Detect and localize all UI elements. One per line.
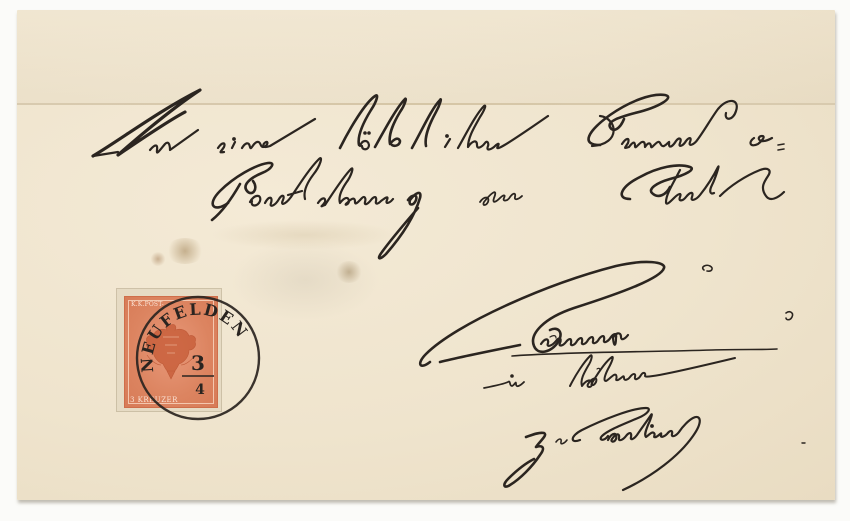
handwriting — [0, 0, 850, 521]
postmark-month: 4 — [195, 382, 205, 398]
postmark: NEUFELDEN 3 4 — [134, 294, 264, 424]
postmark-day: 3 — [191, 351, 205, 375]
